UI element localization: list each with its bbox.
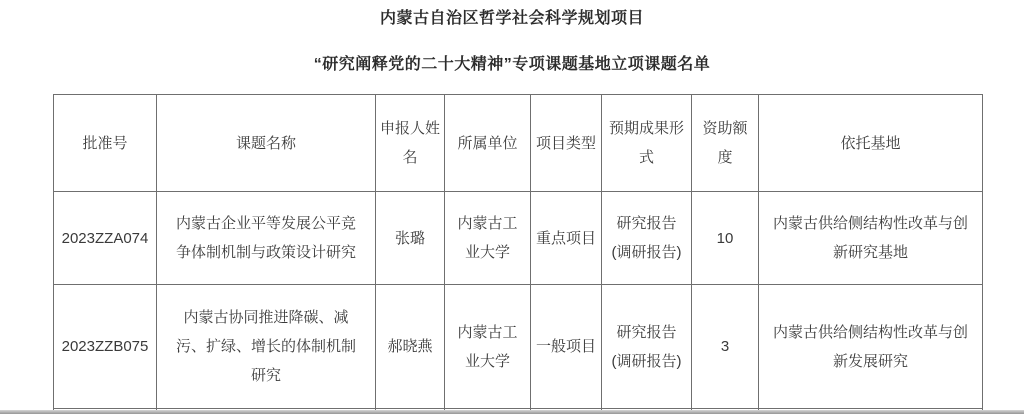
cell-approval-number: 2023ZZB075 xyxy=(54,285,157,409)
cell-host-base: 内蒙古供给侧结构性改革与创 新发展研究 xyxy=(759,285,983,409)
cell-funding-amount: 10 xyxy=(692,192,759,285)
col-header-applicant-name: 申报人姓 名 xyxy=(376,95,445,192)
table-row: 2023ZZA074 内蒙古企业平等发展公平竞 争体制机制与政策设计研究 张璐 … xyxy=(54,192,983,285)
col-header-project-title: 课题名称 xyxy=(157,95,376,192)
page-subtitle: “研究阐释党的二十大精神”专项课题基地立项课题名单 xyxy=(0,55,1024,74)
cell-affiliation: 内蒙古工 业大学 xyxy=(445,285,531,409)
cell-expected-outcome: 研究报告 (调研报告) xyxy=(602,192,692,285)
cell-host-base: 内蒙古供给侧结构性改革与创 新研究基地 xyxy=(759,192,983,285)
cell-affiliation: 内蒙古工 业大学 xyxy=(445,192,531,285)
grant-projects-table: 批准号 课题名称 申报人姓 名 所属单位 项目类型 预期成果形 式 资助额 度 … xyxy=(53,94,983,414)
cell-funding-amount: 3 xyxy=(692,285,759,409)
cell-project-type: 一般项目 xyxy=(531,285,602,409)
col-header-host-base: 依托基地 xyxy=(759,95,983,192)
col-header-approval-number: 批准号 xyxy=(54,95,157,192)
cell-project-title: 内蒙古协同推进降碳、减 污、扩绿、增长的体制机制 研究 xyxy=(157,285,376,409)
cell-project-type: 重点项目 xyxy=(531,192,602,285)
table-header-row: 批准号 课题名称 申报人姓 名 所属单位 项目类型 预期成果形 式 资助额 度 … xyxy=(54,95,983,192)
cell-expected-outcome: 研究报告 (调研报告) xyxy=(602,285,692,409)
cell-applicant-name: 郝晓燕 xyxy=(376,285,445,409)
col-header-affiliation: 所属单位 xyxy=(445,95,531,192)
table-row: 2023ZZB075 内蒙古协同推进降碳、减 污、扩绿、增长的体制机制 研究 郝… xyxy=(54,285,983,409)
col-header-funding-amount: 资助额 度 xyxy=(692,95,759,192)
col-header-project-type: 项目类型 xyxy=(531,95,602,192)
cell-applicant-name: 张璐 xyxy=(376,192,445,285)
col-header-expected-outcome: 预期成果形 式 xyxy=(602,95,692,192)
page-bottom-edge xyxy=(0,410,1024,414)
cell-project-title: 内蒙古企业平等发展公平竞 争体制机制与政策设计研究 xyxy=(157,192,376,285)
cell-approval-number: 2023ZZA074 xyxy=(54,192,157,285)
page-title: 内蒙古自治区哲学社会科学规划项目 xyxy=(0,0,1024,28)
